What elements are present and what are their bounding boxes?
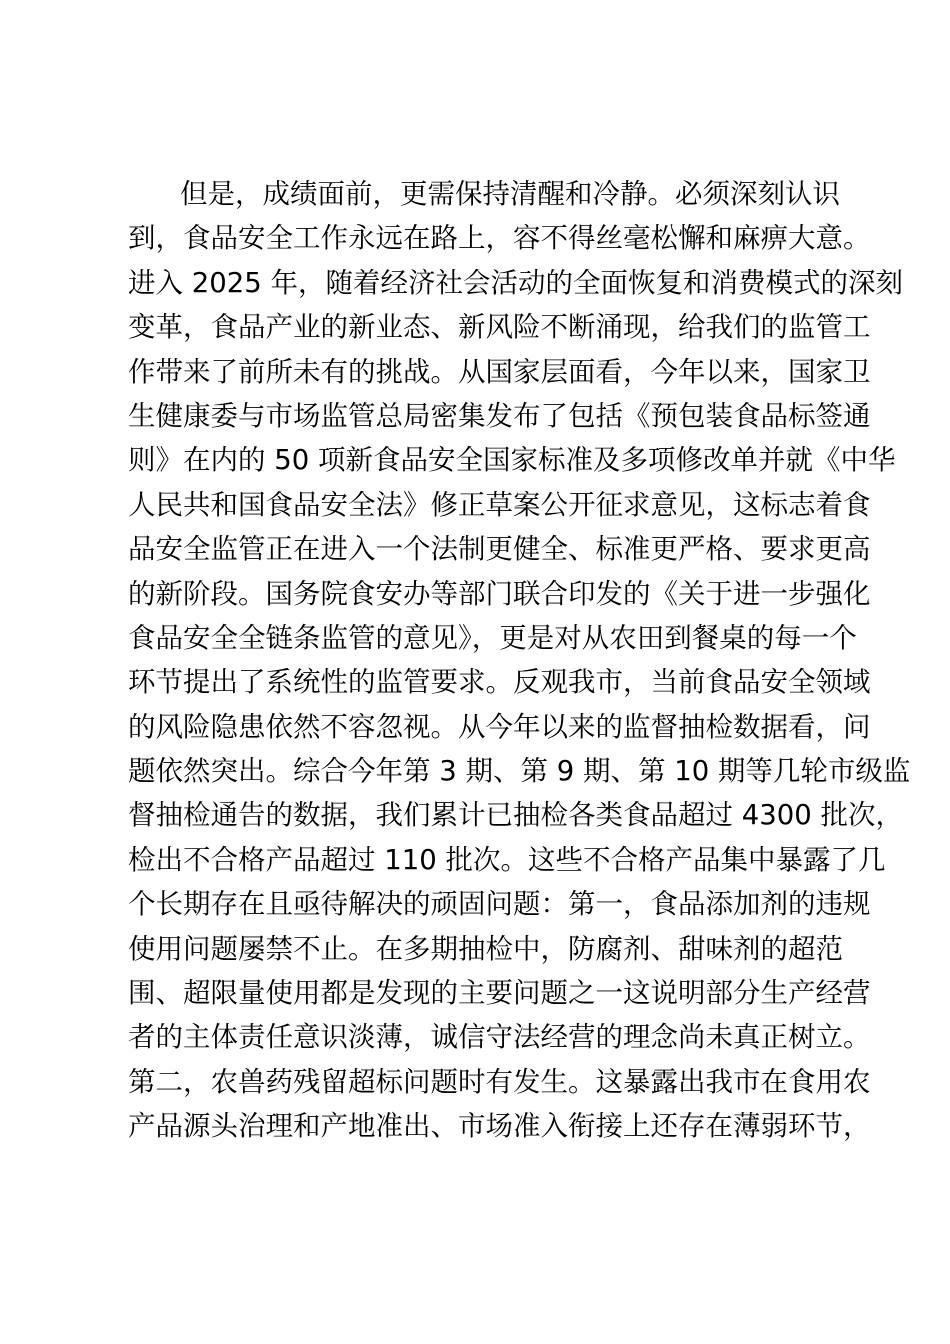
text-line: 的风险隐患依然不容忽视。从今年以来的监督抽检数据看，问 xyxy=(128,705,834,749)
text-line: 产品源头治理和产地准出、市场准入衔接上还存在薄弱环节， xyxy=(128,1104,834,1148)
document-page: 但是，成绩面前，更需保持清醒和冷静。必须深刻认识 到，食品安全工作永远在路上，容… xyxy=(128,172,834,1149)
text-line: 检出不合格产品超过 110 批次。这些不合格产品集中暴露了几 xyxy=(128,838,834,882)
text-line: 第二，农兽药残留超标问题时有发生。这暴露出我市在食用农 xyxy=(128,1060,834,1104)
text-line: 到，食品安全工作永远在路上，容不得丝毫松懈和麻痹大意。 xyxy=(128,216,834,260)
text-line: 使用问题屡禁不止。在多期抽检中，防腐剂、甜味剂的超范 xyxy=(128,927,834,971)
text-line: 个长期存在且亟待解决的顽固问题：第一，食品添加剂的违规 xyxy=(128,882,834,926)
text-line: 变革，食品产业的新业态、新风险不断涌现，给我们的监管工 xyxy=(128,305,834,349)
text-line: 题依然突出。综合今年第 3 期、第 9 期、第 10 期等几轮市级监 xyxy=(128,749,834,793)
text-line: 但是，成绩面前，更需保持清醒和冷静。必须深刻认识 xyxy=(128,172,834,216)
text-line: 督抽检通告的数据，我们累计已抽检各类食品超过 4300 批次， xyxy=(128,793,834,837)
text-line: 围、超限量使用都是发现的主要问题之一这说明部分生产经营 xyxy=(128,971,834,1015)
text-line: 生健康委与市场监管总局密集发布了包括《预包装食品标签通 xyxy=(128,394,834,438)
text-line: 的新阶段。国务院食安办等部门联合印发的《关于进一步强化 xyxy=(128,572,834,616)
text-line: 则》在内的 50 项新食品安全国家标准及多项修改单并就《中华 xyxy=(128,438,834,482)
text-line: 品安全监管正在进入一个法制更健全、标准更严格、要求更高 xyxy=(128,527,834,571)
text-line: 食品安全全链条监管的意见》，更是对从农田到餐桌的每一个 xyxy=(128,616,834,660)
text-line: 者的主体责任意识淡薄，诚信守法经营的理念尚未真正树立。 xyxy=(128,1015,834,1059)
text-line: 人民共和国食品安全法》修正草案公开征求意见，这标志着食 xyxy=(128,483,834,527)
text-line: 进入 2025 年，随着经济社会活动的全面恢复和消费模式的深刻 xyxy=(128,261,834,305)
text-line: 作带来了前所未有的挑战。从国家层面看，今年以来，国家卫 xyxy=(128,350,834,394)
text-line: 环节提出了系统性的监管要求。反观我市，当前食品安全领域 xyxy=(128,660,834,704)
